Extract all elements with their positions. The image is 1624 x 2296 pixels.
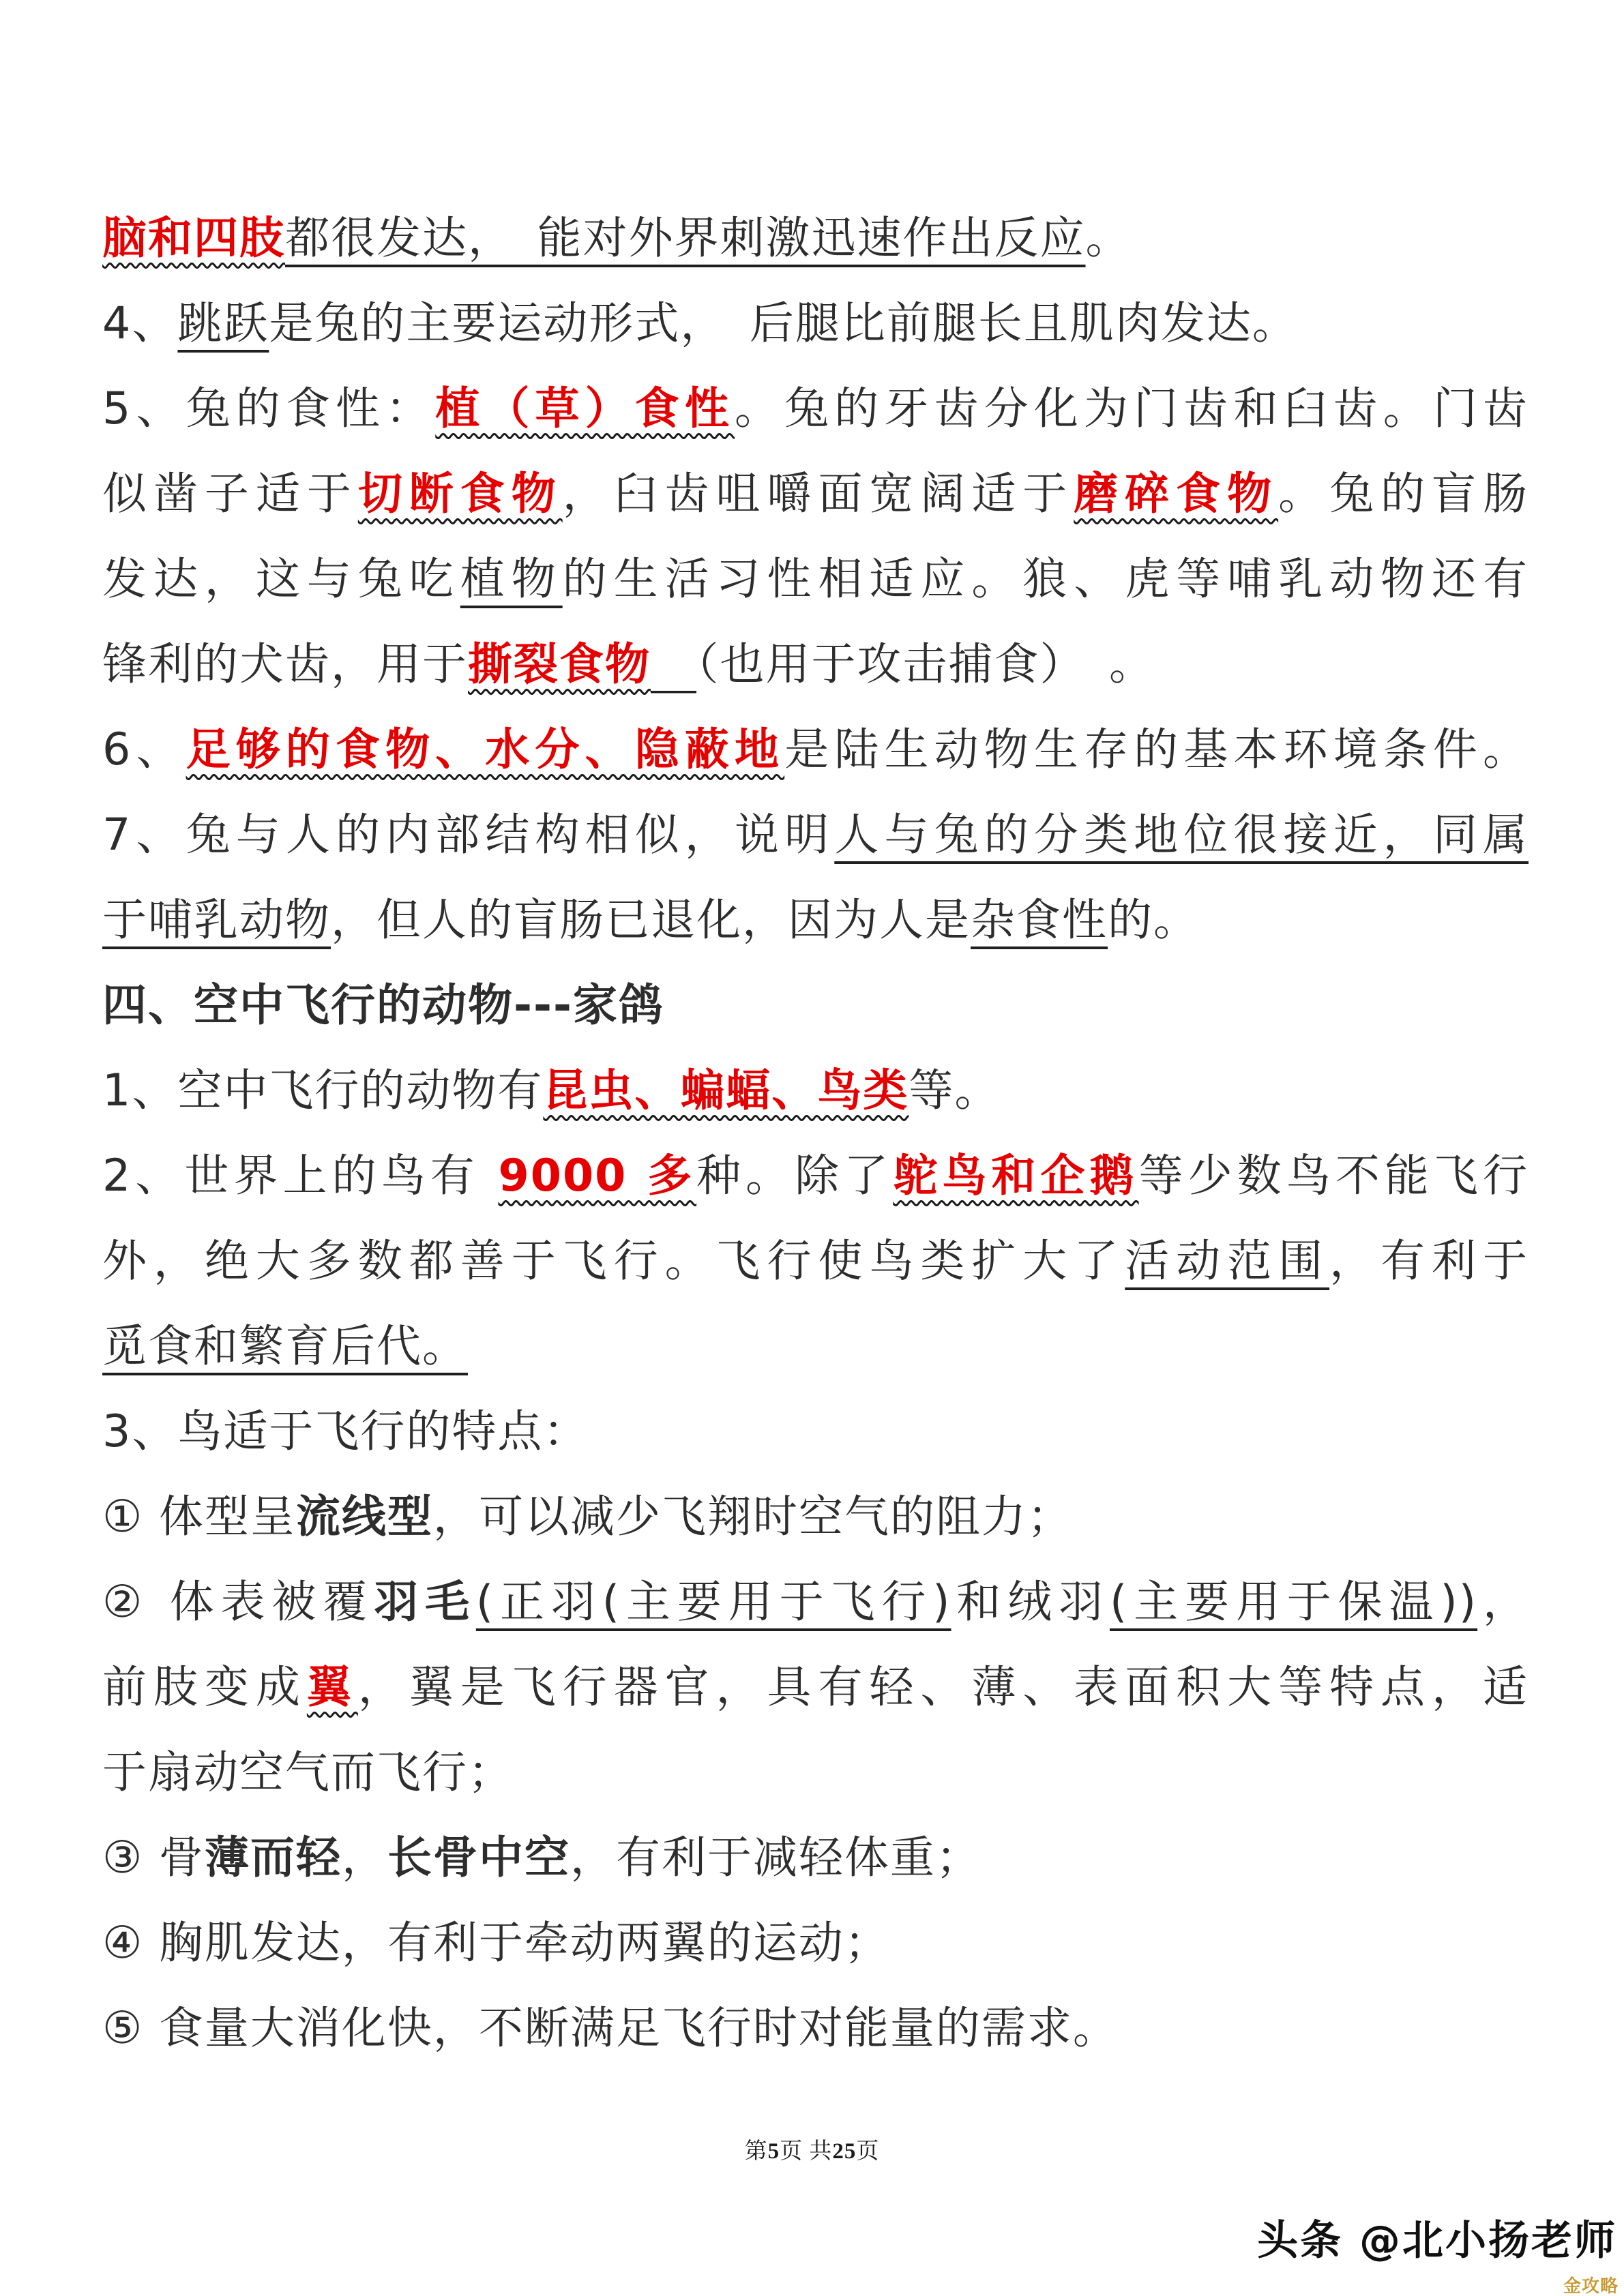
text-run: 于扇动空气而飞行； <box>102 1747 514 1798</box>
text-run: 7、兔与人的内部结构相似，说明 <box>102 809 834 861</box>
text-line: 发达，这与兔吃植物的生活习性相适应。狼、虎等哺乳动物还有 <box>102 537 1529 622</box>
text-line: ③ 骨薄而轻，长骨中空，有利于减轻体重； <box>102 1815 1529 1900</box>
text-run: 外，绝大多数都善于飞行。飞行使鸟类扩大了 <box>102 1236 1125 1287</box>
text-run: 5、兔的食性： <box>102 383 435 434</box>
text-line: 四、空中飞行的动物---家鸽 <box>102 963 1529 1048</box>
text-run: 足够的食物、水分、隐蔽地 <box>186 724 785 775</box>
text-run: 撕裂食物 <box>468 639 651 690</box>
text-run: 跳跃 <box>177 298 269 349</box>
document-body: 脑和四肢都很发达， 能对外界刺激迅速作出反应。4、跳跃是兔的主要运动形式， 后腿… <box>102 196 1529 2071</box>
text-run: 人与兔的分类地位很接近，同属 <box>834 809 1529 861</box>
text-run: 觅食和繁育后代。 <box>102 1321 468 1372</box>
text-run: 植（草）食性 <box>435 383 735 434</box>
text-run: 5 <box>768 2139 780 2164</box>
text-line: ① 体型呈流线型，可以减少飞翔时空气的阻力； <box>102 1474 1529 1560</box>
text-run: 发达，这与兔吃 <box>102 554 460 605</box>
text-run: ④ 胸肌发达，有利于牵动两翼的运动； <box>102 1918 890 1969</box>
text-run: 种。除了 <box>696 1150 893 1202</box>
text-line: 4、跳跃是兔的主要运动形式， 后腿比前腿长且肌肉发达。 <box>102 281 1529 366</box>
page-footer-text: 第5页 共25页 <box>745 2139 880 2164</box>
text-run: 羽毛 <box>374 1577 476 1628</box>
text-run: 和绒羽 <box>951 1577 1110 1628</box>
text-line: 2、世界上的鸟有 9000 多种。除了鸵鸟和企鹅等少数鸟不能飞行 <box>102 1133 1529 1219</box>
text-run: 页 <box>856 2139 879 2164</box>
watermark-author: 头条 @北小扬老师 <box>1257 2208 1617 2267</box>
text-run: （也用于攻击捕食） 。 <box>696 639 1155 690</box>
text-line: ⑤ 食量大消化快，不断满足飞行时对能量的需求。 <box>102 1986 1529 2071</box>
text-run: 锋利的犬齿，用于 <box>102 639 468 690</box>
document-page: { "document": { "text_color": "#2d2d2d",… <box>0 0 1624 2296</box>
text-run: (主要用于保温)) <box>1110 1577 1477 1628</box>
text-line: 外，绝大多数都善于飞行。飞行使鸟类扩大了活动范围，有利于 <box>102 1219 1529 1304</box>
text-run: 的生活习性相适应。狼、虎等哺乳动物还有 <box>563 554 1529 605</box>
text-run: 活动范围 <box>1125 1236 1329 1287</box>
text-run: 四、空中飞行的动物---家鸽 <box>102 980 664 1031</box>
text-run: 1、空中飞行的动物有 <box>102 1065 543 1116</box>
text-run: 杂食性 <box>971 895 1108 946</box>
text-run: 是陆生动物生存的基本环境条件。 <box>784 724 1529 775</box>
text-run: (正羽(主要用于飞行) <box>476 1577 951 1628</box>
text-run: 的。 <box>1108 895 1199 946</box>
text-run: ，有利于 <box>1329 1236 1529 1287</box>
text-line: ④ 胸肌发达，有利于牵动两翼的运动； <box>102 1900 1529 1986</box>
text-line: 于扇动空气而飞行； <box>102 1730 1529 1815</box>
text-run: ，有利于减轻体重； <box>570 1832 981 1883</box>
text-run: 似凿子适于 <box>102 468 358 520</box>
text-run: 植物 <box>460 554 563 605</box>
text-run: 。兔的牙齿分化为门齿和臼齿。门齿 <box>735 383 1529 434</box>
text-line: 前肢变成翼，翼是飞行器官，具有轻、薄、表面积大等特点，适 <box>102 1645 1529 1730</box>
text-line: 6、足够的食物、水分、隐蔽地是陆生动物生存的基本环境条件。 <box>102 707 1529 792</box>
text-run: ，可以减少飞翔时空气的阻力； <box>433 1491 1073 1542</box>
text-line: 觅食和繁育后代。 <box>102 1304 1529 1389</box>
text-run: 2、世界上的鸟有 <box>102 1150 498 1202</box>
text-run: 昆虫、蝙蝠、鸟类 <box>543 1065 909 1116</box>
text-line: 脑和四肢都很发达， 能对外界刺激迅速作出反应。 <box>102 196 1529 281</box>
text-run: 。兔的盲肠 <box>1278 468 1529 520</box>
text-run: 等。 <box>909 1065 1000 1116</box>
text-run: ⑤ 食量大消化快，不断满足飞行时对能量的需求。 <box>102 2003 1119 2054</box>
text-run: 脑和四肢 <box>102 213 285 264</box>
text-line: 于哺乳动物，但人的盲肠已退化，因为人是杂食性的。 <box>102 878 1529 963</box>
text-run: 第 <box>745 2139 768 2164</box>
text-run: 25 <box>832 2139 856 2164</box>
text-run: 于哺乳动物 <box>102 895 331 946</box>
text-run: 。 <box>1086 213 1132 264</box>
text-run: 都很发达， 能对外界刺激迅速作出反应 <box>285 213 1086 264</box>
text-run: 磨碎食物 <box>1074 468 1278 520</box>
text-run: ，翼是飞行器官，具有轻、薄、表面积大等特点，适 <box>358 1662 1529 1713</box>
text-run: ，臼齿咀嚼面宽阔适于 <box>563 468 1074 520</box>
text-line: 似凿子适于切断食物，臼齿咀嚼面宽阔适于磨碎食物。兔的盲肠 <box>102 451 1529 537</box>
watermark-badge: 金攻略 <box>1563 2272 1619 2296</box>
text-run: 6、 <box>102 724 186 775</box>
text-run: 鸵鸟和企鹅 <box>893 1150 1138 1202</box>
text-run: ， <box>342 1832 387 1883</box>
text-run: 等少数鸟不能飞行 <box>1139 1150 1529 1202</box>
text-run: 4、 <box>102 298 177 349</box>
text-run: 薄而轻 <box>205 1832 342 1883</box>
text-run <box>651 639 696 690</box>
text-run: 前肢变成 <box>102 1662 307 1713</box>
text-line: 7、兔与人的内部结构相似，说明人与兔的分类地位很接近，同属 <box>102 792 1529 878</box>
page-footer: 第5页 共25页 <box>0 2133 1624 2165</box>
text-run: ， <box>1477 1577 1529 1628</box>
text-line: ② 体表被覆羽毛(正羽(主要用于飞行)和绒羽(主要用于保温))， <box>102 1560 1529 1645</box>
text-line: 3、鸟适于飞行的特点： <box>102 1389 1529 1474</box>
text-run: ③ 骨 <box>102 1832 205 1883</box>
text-run: 页 共 <box>780 2139 832 2164</box>
text-run: 切断食物 <box>358 468 563 520</box>
text-line: 锋利的犬齿，用于撕裂食物 （也用于攻击捕食） 。 <box>102 622 1529 707</box>
text-run: 流线型 <box>296 1491 433 1542</box>
text-run: ，但人的盲肠已退化，因为人是 <box>331 895 971 946</box>
text-run: 长骨中空 <box>387 1832 570 1883</box>
text-run: 3、鸟适于飞行的特点： <box>102 1406 589 1457</box>
text-run: ② 体表被覆 <box>102 1577 374 1628</box>
text-run: 翼 <box>307 1662 358 1713</box>
text-line: 5、兔的食性：植（草）食性。兔的牙齿分化为门齿和臼齿。门齿 <box>102 366 1529 451</box>
text-line: 1、空中飞行的动物有昆虫、蝙蝠、鸟类等。 <box>102 1048 1529 1133</box>
text-run: ① 体型呈 <box>102 1491 296 1542</box>
text-run: 9000 多 <box>498 1150 696 1202</box>
text-run: 是兔的主要运动形式， 后腿比前腿长且肌肉发达。 <box>269 298 1298 349</box>
